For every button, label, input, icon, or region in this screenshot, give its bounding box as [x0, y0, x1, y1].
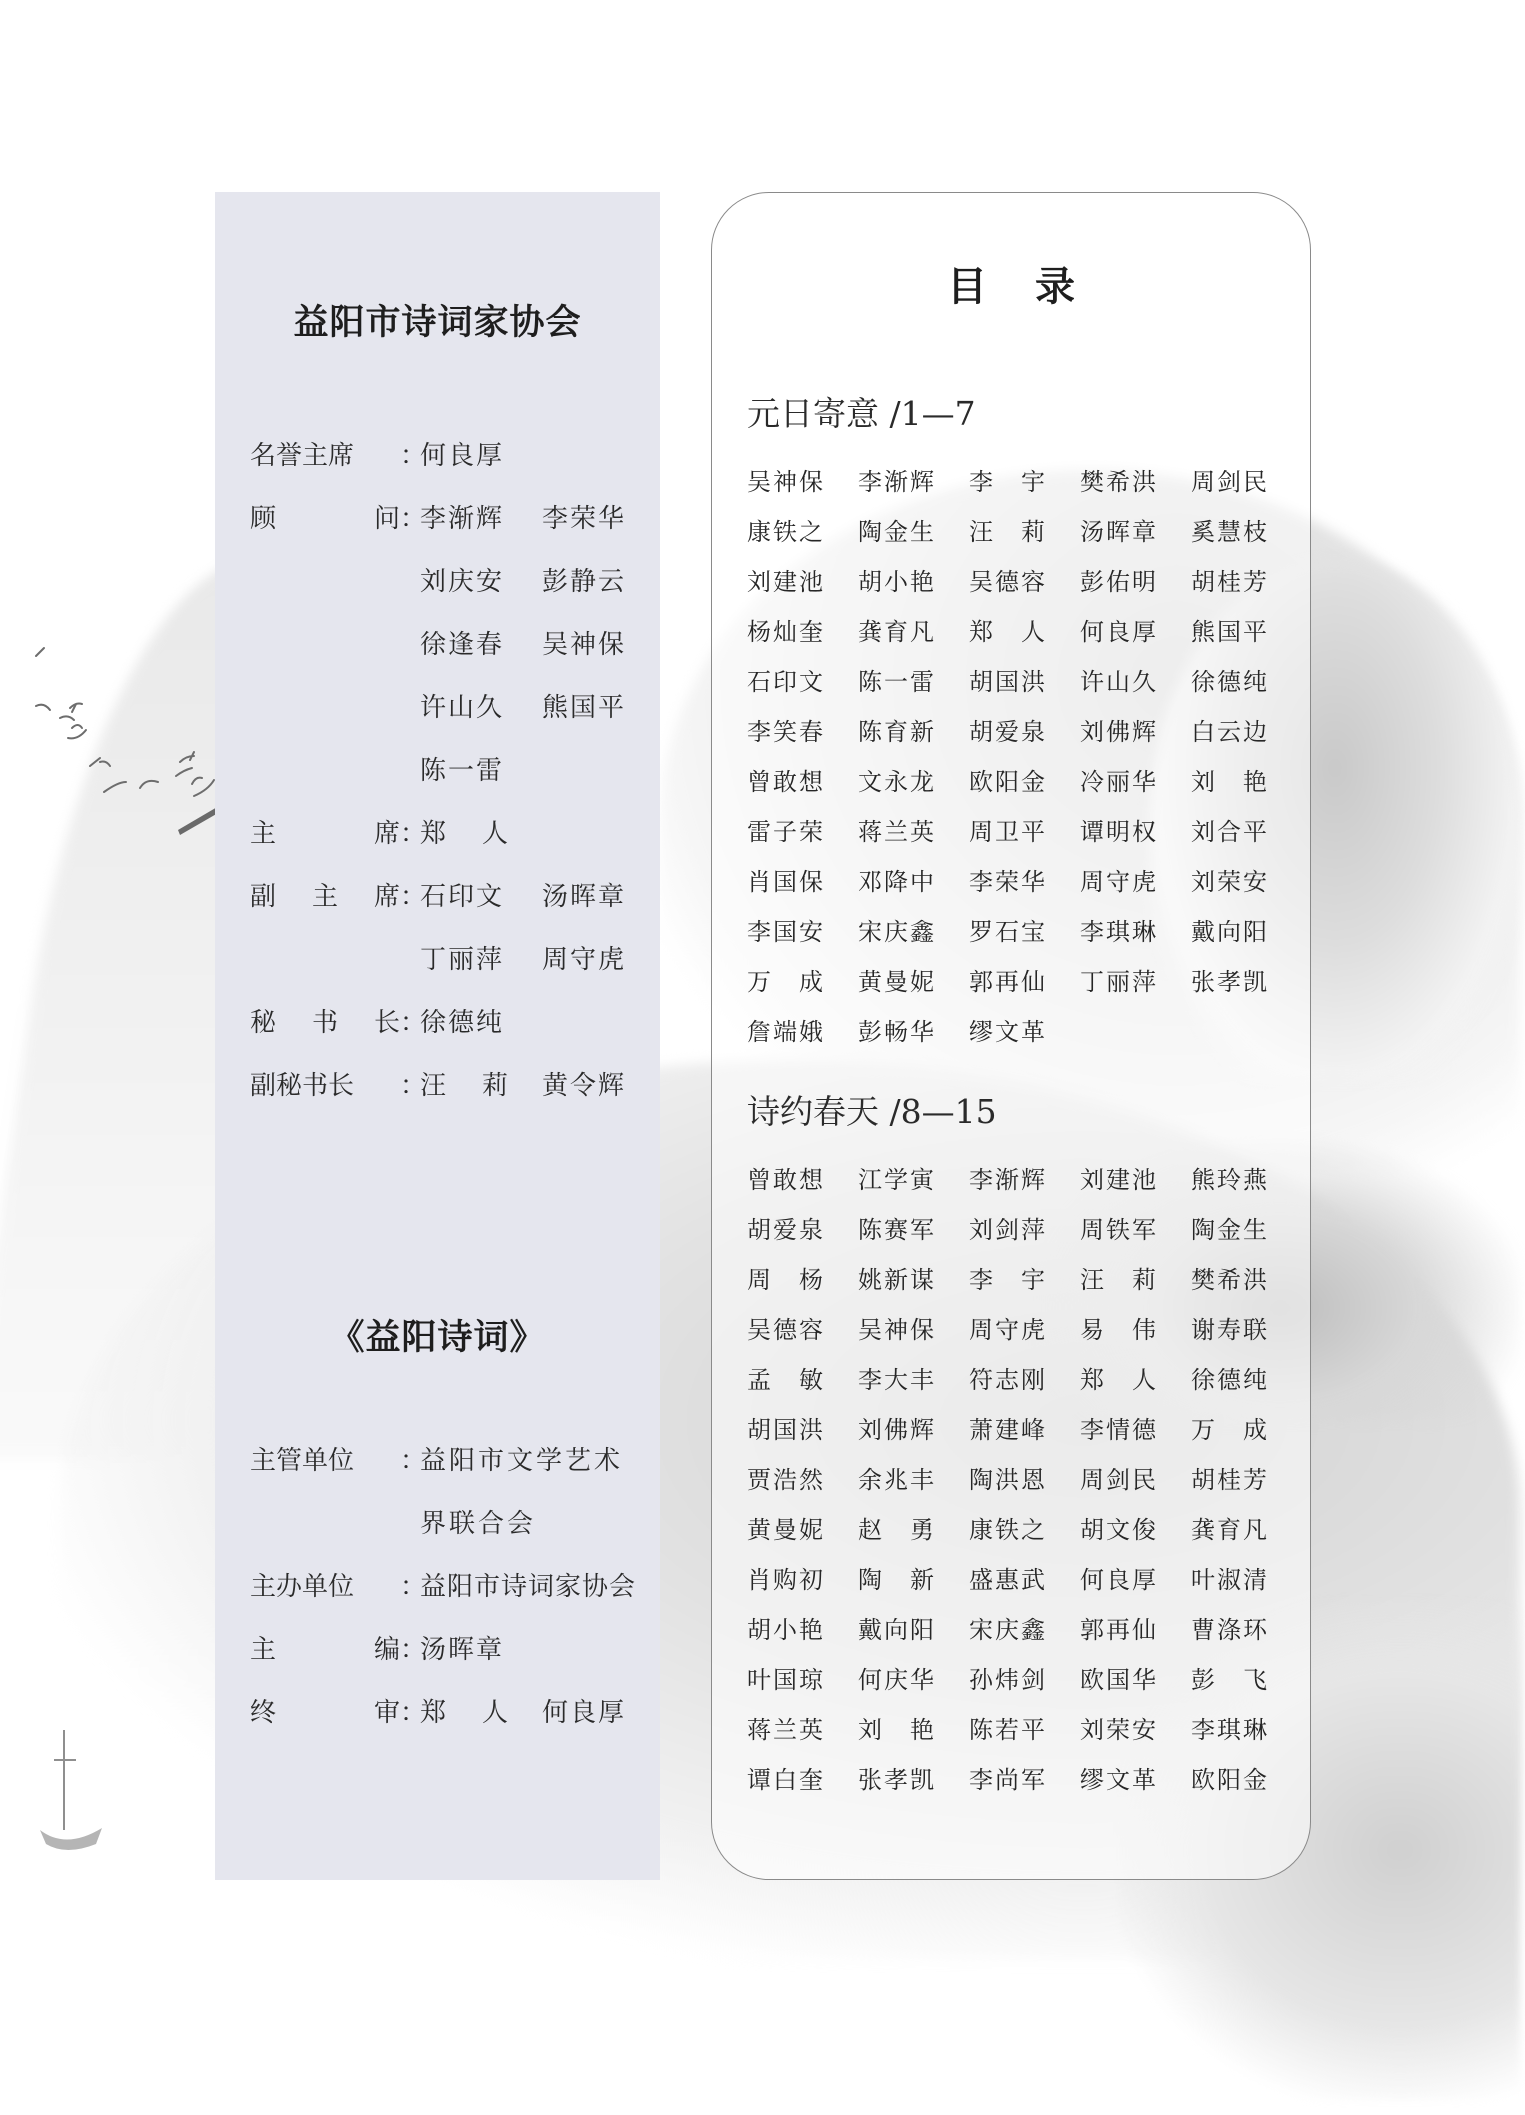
member-name: 李荣华 — [542, 498, 664, 535]
author-name: 汤晖章 — [1080, 507, 1191, 557]
association-roster: 名誉主席： 何良厚 顾问： 李渐辉李荣华 刘庆安彭静云 徐逢春吴神保 许山久熊国… — [250, 422, 664, 1115]
pub-row-supervisor: 主管单位： 益阳市文学艺术 — [250, 1427, 664, 1490]
author-name: 胡爱泉 — [969, 707, 1080, 757]
author-name: 肖国保 — [747, 857, 858, 907]
author-name: 丁丽萍 — [1080, 957, 1191, 1007]
author-name: 罗石宝 — [969, 907, 1080, 957]
member-name: 黄令辉 — [542, 1065, 664, 1102]
author-name: 陈若平 — [969, 1705, 1080, 1755]
author-name: 樊希洪 — [1080, 457, 1191, 507]
author-name: 李荣华 — [969, 857, 1080, 907]
label-char: 终 — [250, 1692, 276, 1729]
author-name: 李大丰 — [858, 1355, 969, 1405]
author-name: 刘荣安 — [1191, 857, 1302, 907]
colon: ： — [400, 1440, 420, 1477]
member-name: 许山久 — [420, 687, 542, 724]
author-name: 宋庆鑫 — [858, 907, 969, 957]
author-name: 徐德纯 — [1191, 657, 1302, 707]
author-name: 刘剑萍 — [969, 1205, 1080, 1255]
author-name: 何良厚 — [1080, 1555, 1191, 1605]
author-name: 何庆华 — [858, 1655, 969, 1705]
author-name: 曹涤环 — [1191, 1605, 1302, 1655]
name-char: 汪 — [420, 1065, 446, 1102]
name-char: 伟 — [1132, 1305, 1156, 1355]
label-char: 长 — [374, 1002, 400, 1039]
name-char: 莉 — [482, 1065, 508, 1102]
roster-names: 丁丽萍周守虎 — [420, 939, 664, 976]
name-char: 孟 — [747, 1355, 771, 1405]
name-char: 宇 — [1021, 1255, 1045, 1305]
author-name: 吴德容 — [747, 1305, 858, 1355]
pub-row-editor-in-chief: 主编： 汤晖章 — [250, 1616, 664, 1679]
member-name: 熊国平 — [542, 687, 664, 724]
label-char: 主 — [250, 1629, 276, 1666]
member-name: 石印文 — [420, 876, 542, 913]
roster-label: 副主席 — [250, 876, 400, 913]
colon: ： — [400, 1566, 420, 1603]
pub-label: 主办单位 — [250, 1566, 400, 1603]
member-name: 徐逢春 — [420, 624, 542, 661]
author-name: 曾敢想 — [747, 1155, 858, 1205]
label-char: 审 — [374, 1692, 400, 1729]
masthead-panel: 益阳市诗词家协会 名誉主席： 何良厚 顾问： 李渐辉李荣华 刘庆安彭静云 徐逢春… — [215, 192, 660, 1880]
roster-row-chair: 主席： 郑人 — [250, 800, 664, 863]
roster-label: 秘书长 — [250, 1002, 400, 1039]
author-name: 刘建池 — [747, 557, 858, 607]
label-char: 编 — [374, 1629, 400, 1666]
name-char: 郑 — [1080, 1355, 1104, 1405]
roster-label: 副秘书长 — [250, 1065, 400, 1102]
author-name: 刘佛辉 — [858, 1405, 969, 1455]
author-name: 萧建峰 — [969, 1405, 1080, 1455]
author-name: 戴向阳 — [858, 1605, 969, 1655]
author-name: 余兆丰 — [858, 1455, 969, 1505]
author-name: 许山久 — [1080, 657, 1191, 707]
author-name: 刘建池 — [1080, 1155, 1191, 1205]
author-name: 徐德纯 — [1191, 1355, 1302, 1405]
roster-names: 李渐辉李荣华 — [420, 498, 664, 535]
roster-names: 徐逢春吴神保 — [420, 624, 664, 661]
toc-section: 诗约春天 /8—15 曾敢想江学寅李渐辉刘建池熊玲燕胡爱泉陈赛军刘剑萍周铁军陶金… — [747, 1083, 1287, 1805]
name-char: 人 — [1021, 607, 1045, 657]
author-name: 龚育凡 — [858, 607, 969, 657]
member-name: 陈一雷 — [420, 750, 542, 787]
roster-row-advisors-cont: 刘庆安彭静云 — [250, 548, 664, 611]
name-char: 万 — [747, 957, 771, 1007]
name-char: 艳 — [1243, 757, 1267, 807]
member-name: 郑人 — [420, 813, 508, 850]
name-char: 郑 — [420, 1692, 446, 1729]
author-name: 郭再仙 — [969, 957, 1080, 1007]
author-grid: 吴神保李渐辉李宇樊希洪周剑民康铁之陶金生汪莉汤晖章奚慧枝刘建池胡小艳吴德容彭佑明… — [747, 457, 1287, 1057]
author-name: 胡桂芳 — [1191, 557, 1302, 607]
author-name: 吴德容 — [969, 557, 1080, 607]
author-name: 叶淑清 — [1191, 1555, 1302, 1605]
member-name: 刘庆安 — [420, 561, 542, 598]
author-name: 彭畅华 — [858, 1007, 969, 1057]
roster-row-advisors-cont: 陈一雷 — [250, 737, 664, 800]
author-name: 蒋兰英 — [858, 807, 969, 857]
author-name: 彭飞 — [1191, 1655, 1267, 1705]
author-name: 周卫平 — [969, 807, 1080, 857]
member-name: 汤晖章 — [542, 876, 664, 913]
name-char: 汪 — [969, 507, 993, 557]
roster-names: 何良厚 — [420, 435, 542, 472]
author-name: 杨灿奎 — [747, 607, 858, 657]
author-name: 万成 — [1191, 1405, 1267, 1455]
author-name: 雷子荣 — [747, 807, 858, 857]
author-name: 谢寿联 — [1191, 1305, 1302, 1355]
member-name: 郑人 — [420, 1692, 508, 1729]
name-char: 杨 — [799, 1255, 823, 1305]
author-name: 康铁之 — [969, 1505, 1080, 1555]
label-text: 主管单位 — [250, 1440, 354, 1477]
author-name: 何良厚 — [1080, 607, 1191, 657]
colon: ： — [400, 498, 420, 535]
author-name: 黄曼妮 — [747, 1505, 858, 1555]
name-char: 飞 — [1243, 1655, 1267, 1705]
label-char: 主 — [312, 876, 338, 913]
roster-row-deputy-secretary-general: 副秘书长： 汪莉黄令辉 — [250, 1052, 664, 1115]
author-name: 彭佑明 — [1080, 557, 1191, 607]
roster-label: 名誉主席 — [250, 435, 400, 472]
author-name: 刘荣安 — [1080, 1705, 1191, 1755]
author-name: 李琪琳 — [1191, 1705, 1302, 1755]
author-name: 刘艳 — [858, 1705, 934, 1755]
author-name: 欧阳金 — [1191, 1755, 1302, 1805]
author-name: 陈育新 — [858, 707, 969, 757]
pub-value: 界联合会 — [420, 1503, 536, 1540]
author-name: 黄曼妮 — [858, 957, 969, 1007]
label-char: 副 — [250, 876, 276, 913]
author-name: 贾浩然 — [747, 1455, 858, 1505]
name-char: 易 — [1080, 1305, 1104, 1355]
pub-label: 主编 — [250, 1629, 400, 1666]
member-name: 何良厚 — [420, 435, 542, 472]
author-name: 陶金生 — [858, 507, 969, 557]
roster-label: 主席 — [250, 813, 400, 850]
author-name: 谭明权 — [1080, 807, 1191, 857]
name-char: 人 — [482, 813, 508, 850]
magazine-title: 《益阳诗词》 — [215, 1310, 660, 1360]
roster-names: 郑人 — [420, 813, 542, 850]
name-char: 赵 — [858, 1505, 882, 1555]
author-name: 缪文革 — [969, 1007, 1080, 1057]
colon: ： — [400, 876, 420, 913]
label-text: 副秘书长 — [250, 1065, 354, 1102]
author-name: 郑人 — [969, 607, 1045, 657]
author-name: 吴神保 — [747, 457, 858, 507]
name-char: 勇 — [910, 1505, 934, 1555]
name-char: 郑 — [969, 607, 993, 657]
roster-row-advisors-cont: 许山久熊国平 — [250, 674, 664, 737]
member-name: 李渐辉 — [420, 498, 542, 535]
author-name: 孟敏 — [747, 1355, 823, 1405]
name-char: 成 — [799, 957, 823, 1007]
pub-value: 益阳市文学艺术 — [420, 1440, 623, 1477]
name-char: 莉 — [1021, 507, 1045, 557]
author-name: 吴神保 — [858, 1305, 969, 1355]
label-char: 顾 — [250, 498, 276, 535]
author-name: 李尚军 — [969, 1755, 1080, 1805]
pub-row-organizer: 主办单位： 益阳市诗词家协会 — [250, 1553, 664, 1616]
name-char: 汪 — [1080, 1255, 1104, 1305]
boat-icon — [36, 1720, 106, 1870]
roster-row-vice-chairs-cont: 丁丽萍周守虎 — [250, 926, 664, 989]
roster-names: 刘庆安彭静云 — [420, 561, 664, 598]
flying-birds-icon — [30, 620, 230, 850]
author-name: 胡国洪 — [969, 657, 1080, 707]
author-name: 陈一雷 — [858, 657, 969, 707]
roster-names: 陈一雷 — [420, 750, 542, 787]
author-name: 陶洪恩 — [969, 1455, 1080, 1505]
author-name: 万成 — [747, 957, 823, 1007]
name-char: 彭 — [1191, 1655, 1215, 1705]
member-name: 吴神保 — [542, 624, 664, 661]
author-name: 李国安 — [747, 907, 858, 957]
colon: ： — [400, 1002, 420, 1039]
author-name: 刘合平 — [1191, 807, 1302, 857]
name-char: 人 — [1132, 1355, 1156, 1405]
roster-row-advisors-cont: 徐逢春吴神保 — [250, 611, 664, 674]
label-text: 名誉主席 — [250, 435, 354, 472]
author-name: 曾敢想 — [747, 757, 858, 807]
author-name: 康铁之 — [747, 507, 858, 557]
name-char: 陶 — [858, 1555, 882, 1605]
name-char: 周 — [747, 1255, 771, 1305]
association-title: 益阳市诗词家协会 — [215, 295, 660, 345]
author-name: 冷丽华 — [1080, 757, 1191, 807]
author-name: 符志刚 — [969, 1355, 1080, 1405]
member-name: 彭静云 — [542, 561, 664, 598]
author-name: 张孝凯 — [858, 1755, 969, 1805]
name-char: 人 — [482, 1692, 508, 1729]
label-char: 问 — [374, 498, 400, 535]
author-name: 熊国平 — [1191, 607, 1302, 657]
author-name: 孙炜剑 — [969, 1655, 1080, 1705]
author-name: 李琪琳 — [1080, 907, 1191, 957]
roster-label: 顾问 — [250, 498, 400, 535]
author-name: 宋庆鑫 — [969, 1605, 1080, 1655]
author-name: 谭白奎 — [747, 1755, 858, 1805]
pub-label: 主管单位 — [250, 1440, 400, 1477]
roster-row-honorary-chair: 名誉主席： 何良厚 — [250, 422, 664, 485]
name-char: 李 — [969, 457, 993, 507]
author-name: 李宇 — [969, 457, 1045, 507]
member-name: 徐德纯 — [420, 1002, 542, 1039]
label-char: 主 — [250, 813, 276, 850]
author-name: 熊玲燕 — [1191, 1155, 1302, 1205]
author-name: 蒋兰英 — [747, 1705, 858, 1755]
author-name: 胡小艳 — [858, 557, 969, 607]
colon: ： — [400, 1692, 420, 1729]
member-name: 汪莉 — [420, 1065, 508, 1102]
author-name: 姚新谋 — [858, 1255, 969, 1305]
member-name: 周守虎 — [542, 939, 664, 976]
author-name: 张孝凯 — [1191, 957, 1302, 1007]
author-name: 陶金生 — [1191, 1205, 1302, 1255]
author-name: 江学寅 — [858, 1155, 969, 1205]
author-name: 刘艳 — [1191, 757, 1267, 807]
author-name: 叶国琼 — [747, 1655, 858, 1705]
author-name: 陈赛军 — [858, 1205, 969, 1255]
label-char: 秘 — [250, 1002, 276, 1039]
author-name: 周剑民 — [1191, 457, 1302, 507]
name-char: 郑 — [420, 813, 446, 850]
author-name: 胡爱泉 — [747, 1205, 858, 1255]
roster-names: 汪莉黄令辉 — [420, 1065, 664, 1102]
name-char: 莉 — [1132, 1255, 1156, 1305]
pub-names: 郑人何良厚 — [420, 1692, 664, 1729]
colon: ： — [400, 1065, 420, 1102]
author-name: 周剑民 — [1080, 1455, 1191, 1505]
author-name: 李渐辉 — [858, 457, 969, 507]
member-name: 丁丽萍 — [420, 939, 542, 976]
author-name: 周杨 — [747, 1255, 823, 1305]
roster-names: 石印文汤晖章 — [420, 876, 664, 913]
author-name: 易伟 — [1080, 1305, 1156, 1355]
toc-title: 目录 — [712, 255, 1310, 312]
author-name: 汪莉 — [1080, 1255, 1156, 1305]
author-name: 白云边 — [1191, 707, 1302, 757]
name-char: 艳 — [910, 1705, 934, 1755]
author-name: 龚育凡 — [1191, 1505, 1302, 1555]
label-text: 主办单位 — [250, 1566, 354, 1603]
pub-value: 汤晖章 — [420, 1629, 504, 1666]
author-name: 缪文革 — [1080, 1755, 1191, 1805]
author-name: 胡桂芳 — [1191, 1455, 1302, 1505]
author-name: 郭再仙 — [1080, 1605, 1191, 1655]
publication-info: 主管单位： 益阳市文学艺术 界联合会 主办单位： 益阳市诗词家协会 主编： 汤晖… — [250, 1427, 664, 1742]
author-name: 周守虎 — [1080, 857, 1191, 907]
name-char: 刘 — [858, 1705, 882, 1755]
label-char: 席 — [374, 876, 400, 913]
name-char: 新 — [910, 1555, 934, 1605]
author-name: 欧国华 — [1080, 1655, 1191, 1705]
colon: ： — [400, 813, 420, 850]
roster-row-secretary-general: 秘书长： 徐德纯 — [250, 989, 664, 1052]
toc-section-heading[interactable]: 诗约春天 /8—15 — [747, 1083, 1287, 1141]
name-char: 李 — [969, 1255, 993, 1305]
author-name: 文永龙 — [858, 757, 969, 807]
name-char: 刘 — [1191, 757, 1215, 807]
pub-row-supervisor-cont: 界联合会 — [250, 1490, 664, 1553]
pub-row-final-review: 终审： 郑人何良厚 — [250, 1679, 664, 1742]
table-of-contents: 目录 元日寄意 /1—7 吴神保李渐辉李宇樊希洪周剑民康铁之陶金生汪莉汤晖章奚慧… — [711, 192, 1311, 1880]
label-char: 席 — [374, 813, 400, 850]
author-name: 陶新 — [858, 1555, 934, 1605]
author-name: 李宇 — [969, 1255, 1045, 1305]
roster-names: 许山久熊国平 — [420, 687, 664, 724]
author-name: 汪莉 — [969, 507, 1045, 557]
author-name: 刘佛辉 — [1080, 707, 1191, 757]
author-name: 胡国洪 — [747, 1405, 858, 1455]
roster-row-vice-chairs: 副主席： 石印文汤晖章 — [250, 863, 664, 926]
pub-value: 益阳市诗词家协会 — [420, 1566, 636, 1603]
author-name: 奚慧枝 — [1191, 507, 1302, 557]
author-name: 李笑春 — [747, 707, 858, 757]
author-name: 欧阳金 — [969, 757, 1080, 807]
author-name: 周守虎 — [969, 1305, 1080, 1355]
author-name: 胡文俊 — [1080, 1505, 1191, 1555]
author-name: 邓降中 — [858, 857, 969, 907]
author-name: 樊希洪 — [1191, 1255, 1302, 1305]
name-char: 成 — [1243, 1405, 1267, 1455]
author-name: 胡小艳 — [747, 1605, 858, 1655]
name-char: 敏 — [799, 1355, 823, 1405]
author-name: 赵勇 — [858, 1505, 934, 1555]
author-name: 李情德 — [1080, 1405, 1191, 1455]
name-char: 宇 — [1021, 457, 1045, 507]
author-grid: 曾敢想江学寅李渐辉刘建池熊玲燕胡爱泉陈赛军刘剑萍周铁军陶金生周杨姚新谋李宇汪莉樊… — [747, 1155, 1287, 1805]
author-name: 石印文 — [747, 657, 858, 707]
author-name: 周铁军 — [1080, 1205, 1191, 1255]
toc-section: 元日寄意 /1—7 吴神保李渐辉李宇樊希洪周剑民康铁之陶金生汪莉汤晖章奚慧枝刘建… — [747, 385, 1287, 1057]
colon: ： — [400, 1629, 420, 1666]
author-name: 盛惠武 — [969, 1555, 1080, 1605]
name-char: 万 — [1191, 1405, 1215, 1455]
author-name: 戴向阳 — [1191, 907, 1302, 957]
toc-section-heading[interactable]: 元日寄意 /1—7 — [747, 385, 1287, 443]
label-char: 书 — [312, 1002, 338, 1039]
author-name: 郑人 — [1080, 1355, 1156, 1405]
author-name: 李渐辉 — [969, 1155, 1080, 1205]
roster-names: 徐德纯 — [420, 1002, 542, 1039]
colon: ： — [400, 435, 420, 472]
roster-row-advisors: 顾问： 李渐辉李荣华 — [250, 485, 664, 548]
member-name: 何良厚 — [542, 1692, 664, 1729]
author-name: 肖购初 — [747, 1555, 858, 1605]
author-name: 詹端娥 — [747, 1007, 858, 1057]
pub-label: 终审 — [250, 1692, 400, 1729]
